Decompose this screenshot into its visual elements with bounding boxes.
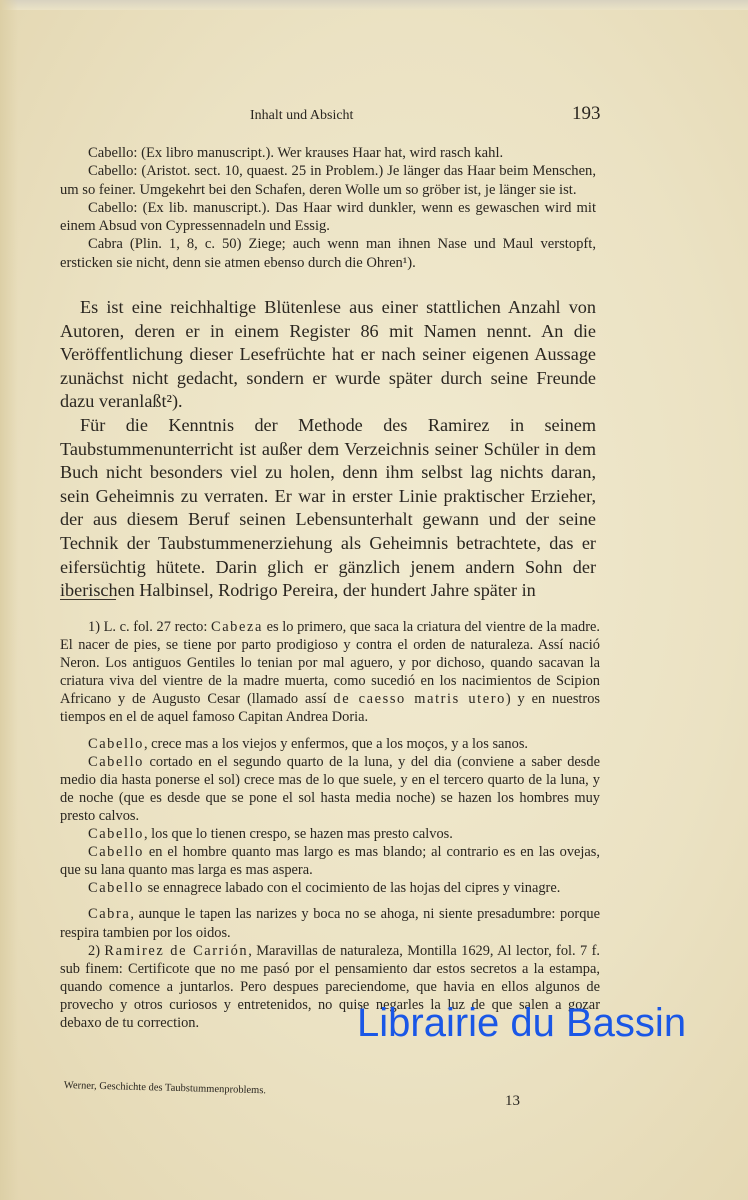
footnote-entry: Cabello en el hombre quanto mas largo es… bbox=[60, 843, 600, 879]
quote-entry: Cabello: (Ex libro manuscript.). Wer kra… bbox=[60, 144, 596, 162]
footnote-marker: 2) bbox=[88, 943, 104, 959]
quote-block: Cabello: (Ex libro manuscript.). Wer kra… bbox=[60, 144, 596, 272]
footnote-1: 1) L. c. fol. 27 recto: Cabeza es lo pri… bbox=[60, 618, 600, 727]
quote-entry: Cabra (Plin. 1, 8, c. 50) Ziege; auch we… bbox=[60, 235, 596, 272]
footnote-keyword: Cabello bbox=[88, 880, 144, 896]
quote-entry: Cabello: (Ex lib. manuscript.). Das Haar… bbox=[60, 199, 596, 236]
footnote-entry: Cabello, crece mas a los viejos y enferm… bbox=[60, 735, 600, 753]
footnote-keyword: Cabello bbox=[88, 844, 144, 860]
page-gutter-shadow bbox=[0, 0, 18, 1200]
book-page: Inhalt und Absicht 193 ⅰ Cabello: (Ex li… bbox=[0, 0, 748, 1200]
footnote-keyword: Cabello bbox=[88, 754, 144, 770]
running-head: Inhalt und Absicht bbox=[250, 108, 353, 124]
watermark: Librairie du Bassin bbox=[357, 1000, 686, 1046]
body-paragraph: Für die Kenntnis der Methode des Ramirez… bbox=[60, 414, 596, 603]
quote-entry: Cabello: (Aristot. sect. 10, quaest. 25 … bbox=[60, 162, 596, 199]
footnote-keyword: Cabello bbox=[88, 736, 144, 752]
page-number: 193 bbox=[572, 103, 601, 125]
footnote-entry: Cabello cortado en el segundo quarto de … bbox=[60, 753, 600, 825]
body-paragraph: Es ist eine reichhaltige Blütenlese aus … bbox=[60, 296, 596, 414]
body-text: Es ist eine reichhaltige Blütenlese aus … bbox=[60, 296, 596, 603]
footnote-rule bbox=[60, 599, 116, 600]
footnote-keyword: Cabeza bbox=[211, 619, 263, 635]
footnote-author: Ramirez de Carrión bbox=[104, 943, 248, 959]
sheet-number: 13 bbox=[505, 1093, 520, 1110]
footnote-entry: Cabra, aunque le tapen las narizes y boc… bbox=[60, 905, 600, 941]
footnote-text: , aunque le tapen las narizes y boca no … bbox=[60, 906, 600, 940]
footnote-text: se ennagrece labado con el cocimiento de… bbox=[144, 880, 560, 896]
footnote-keyword: Cabello bbox=[88, 826, 144, 842]
footnote-text: , crece mas a los viejos y enfermos, que… bbox=[144, 736, 528, 752]
signature-line: Werner, Geschichte des Taubstummenproble… bbox=[64, 1080, 266, 1096]
page-top-edge bbox=[0, 0, 748, 10]
footnote-entry: Cabello se ennagrece labado con el cocim… bbox=[60, 879, 600, 897]
footnote-spaced-phrase: de caesso matris utero bbox=[333, 691, 505, 707]
footnote-text: , los que lo tienen crespo, se hazen mas… bbox=[144, 826, 453, 842]
footnote-marker: 1) L. c. fol. 27 recto: bbox=[88, 619, 211, 635]
footnotes: 1) L. c. fol. 27 recto: Cabeza es lo pri… bbox=[60, 618, 600, 1032]
footnote-entry: Cabello, los que lo tienen crespo, se ha… bbox=[60, 825, 600, 843]
footnote-keyword: Cabra bbox=[88, 906, 130, 922]
